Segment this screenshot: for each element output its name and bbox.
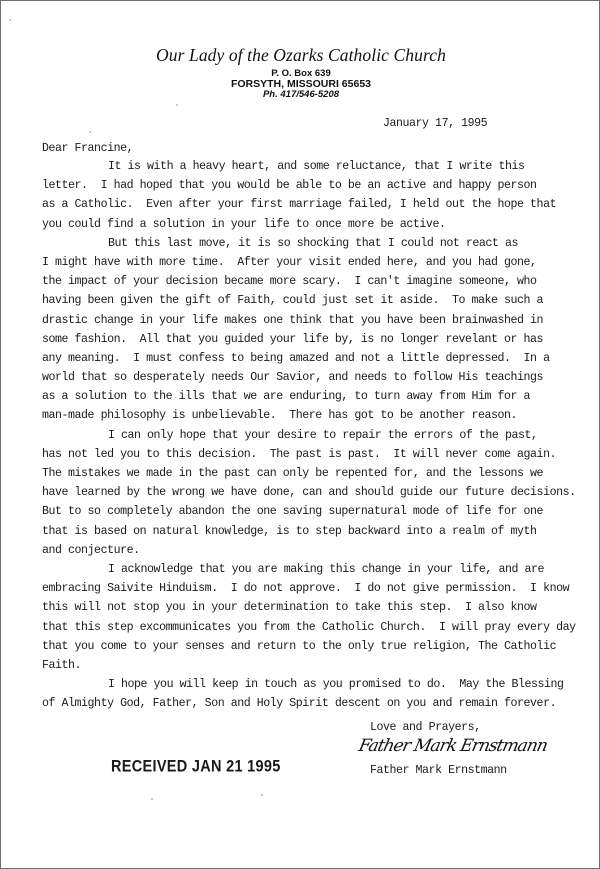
- letter-line: drastic change in your life makes one th…: [42, 311, 576, 330]
- letterhead-organization: Our Lady of the Ozarks Catholic Church: [1, 45, 600, 66]
- letter-line: But to so completely abandon the one sav…: [42, 502, 576, 521]
- letter-line: I acknowledge that you are making this c…: [42, 560, 576, 579]
- letter-line: any meaning. I must confess to being ama…: [42, 349, 576, 368]
- received-stamp: RECEIVED JAN 21 1995: [111, 758, 281, 776]
- letter-line: I might have with more time. After your …: [42, 253, 576, 272]
- letter-date: January 17, 1995: [383, 117, 487, 130]
- letter-line: letter. I had hoped that you would be ab…: [42, 176, 576, 195]
- letter-line: embracing Saivite Hinduism. I do not app…: [42, 579, 576, 598]
- handwritten-signature: Father Mark Ernstmann: [357, 736, 549, 756]
- letter-salutation: Dear Francine,: [42, 142, 133, 155]
- letter-line: the impact of your decision became more …: [42, 272, 576, 291]
- letter-line: It is with a heavy heart, and some reluc…: [42, 157, 576, 176]
- letter-line: But this last move, it is so shocking th…: [42, 234, 576, 253]
- letter-line: as a Catholic. Even after your first mar…: [42, 195, 576, 214]
- letter-line: The mistakes we made in the past can onl…: [42, 464, 576, 483]
- paper-speck: [151, 798, 153, 800]
- letter-page: Our Lady of the Ozarks Catholic Church P…: [0, 0, 600, 869]
- letter-line: of Almighty God, Father, Son and Holy Sp…: [42, 694, 576, 713]
- letter-closing: Love and Prayers,: [370, 721, 481, 734]
- letter-line: world that so desperately needs Our Savi…: [42, 368, 576, 387]
- signer-name: Father Mark Ernstmann: [370, 764, 507, 777]
- letter-line: and conjecture.: [42, 541, 576, 560]
- letter-line: I hope you will keep in touch as you pro…: [42, 675, 576, 694]
- letter-line: have learned by the wrong we have done, …: [42, 483, 576, 502]
- paper-speck: [9, 19, 11, 21]
- letter-line: you could find a solution in your life t…: [42, 215, 576, 234]
- letter-line: man-made philosophy is unbelievable. The…: [42, 406, 576, 425]
- letter-line: that this step excommunicates you from t…: [42, 618, 576, 637]
- letterhead-phone: Ph. 417/546-5208: [1, 89, 600, 100]
- letter-line: that is based on natural knowledge, is t…: [42, 522, 576, 541]
- paper-speck: [261, 794, 263, 796]
- letter-body: It is with a heavy heart, and some reluc…: [42, 157, 576, 713]
- paper-speck: [89, 131, 91, 133]
- letter-line: I can only hope that your desire to repa…: [42, 426, 576, 445]
- letter-line: Faith.: [42, 656, 576, 675]
- letter-line: some fashion. All that you guided your l…: [42, 330, 576, 349]
- paper-speck: [176, 104, 178, 106]
- letter-line: having been given the gift of Faith, cou…: [42, 291, 576, 310]
- letter-line: this will not stop you in your determina…: [42, 598, 576, 617]
- letter-line: that you come to your senses and return …: [42, 637, 576, 656]
- letter-line: has not led you to this decision. The pa…: [42, 445, 576, 464]
- letter-line: as a solution to the ills that we are en…: [42, 387, 576, 406]
